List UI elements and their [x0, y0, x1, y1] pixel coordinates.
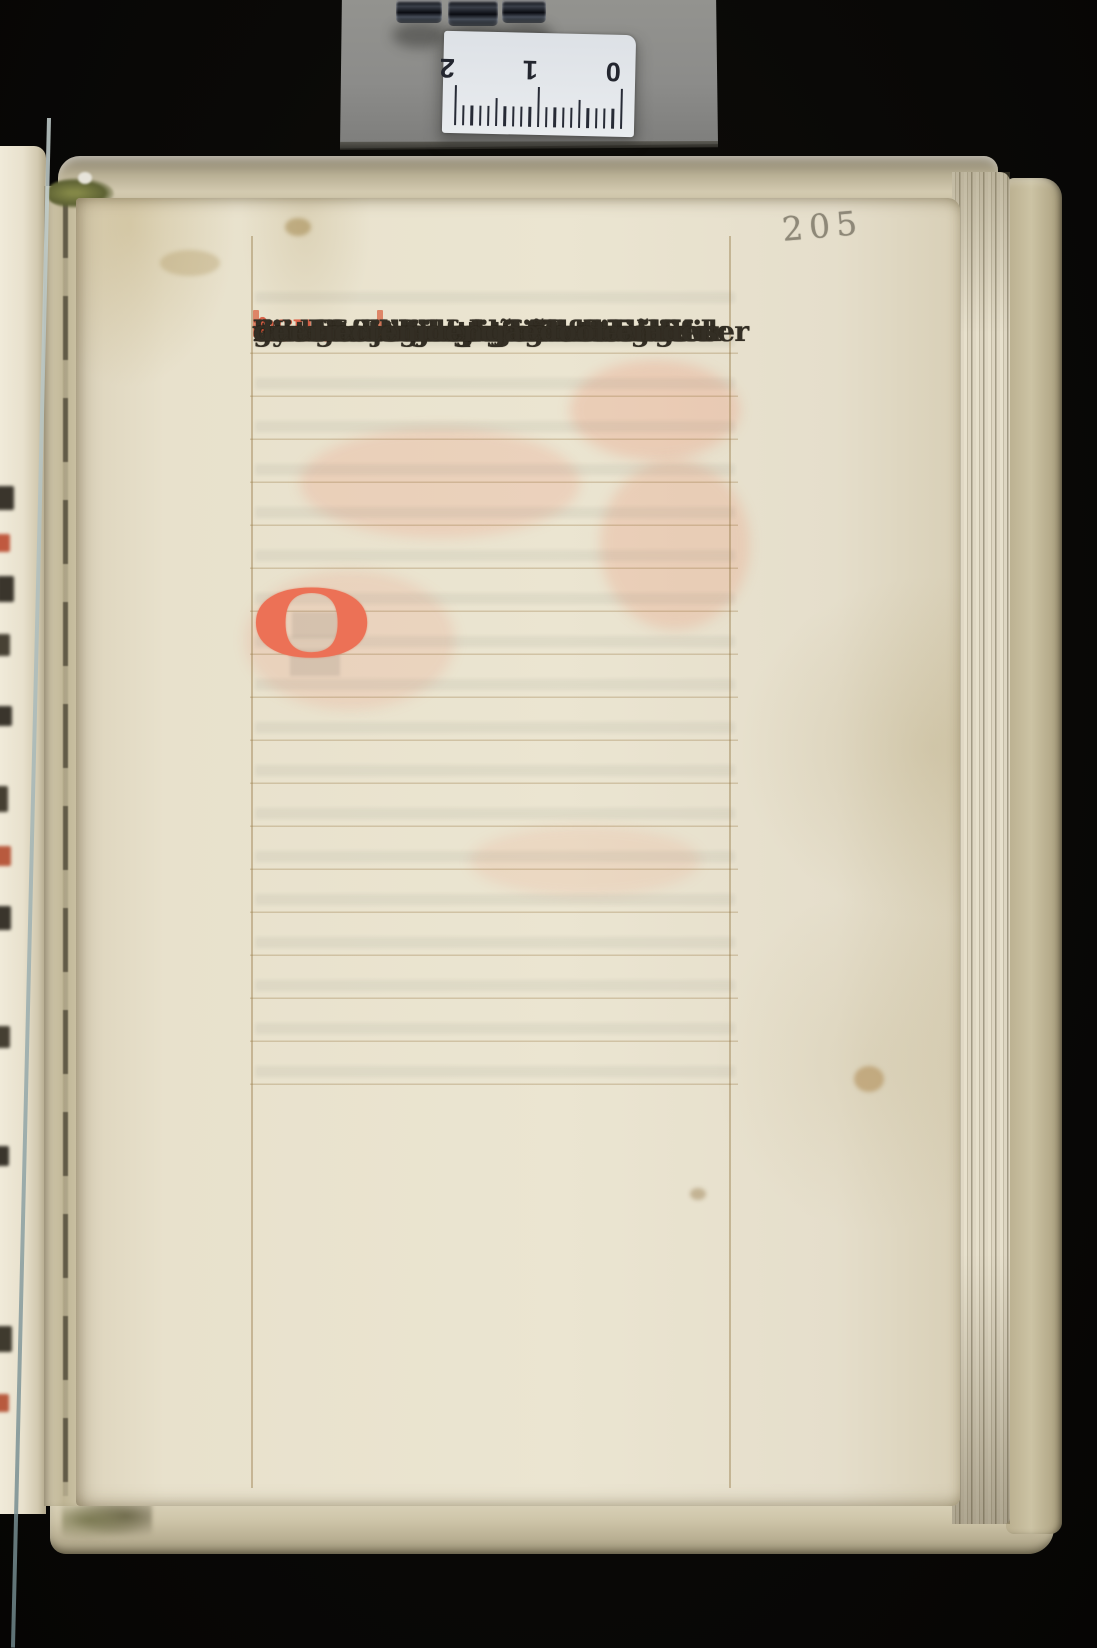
ruler-number: 2 — [434, 52, 461, 84]
ribbon-speck — [78, 172, 92, 184]
text-fragment — [0, 1326, 12, 1352]
stain — [690, 1188, 706, 1200]
ruler-number: 0 — [600, 55, 627, 87]
ruler-tick — [462, 105, 465, 125]
text-fragment — [0, 534, 10, 552]
ruler-tick — [611, 109, 614, 129]
gutter-fold-line — [63, 194, 68, 1496]
text-segment: der ſiecten der gaedoot eñ der — [253, 310, 712, 353]
ruler-tick — [487, 106, 490, 126]
stain — [285, 218, 311, 236]
text-fragment — [0, 1026, 10, 1048]
text-fragment — [0, 786, 8, 812]
ruler-tick — [620, 89, 623, 129]
ruler-tick — [503, 106, 506, 126]
ruler-tick — [595, 108, 598, 128]
ruler-sticker: 012 — [442, 31, 636, 137]
text-fragment — [0, 706, 12, 726]
bottom-cover-fray — [62, 1500, 152, 1540]
ruler-tick — [553, 107, 556, 127]
binder-clip-icon — [502, 0, 546, 23]
ruling-lines — [250, 311, 738, 1087]
binder-clip-icon — [396, 0, 442, 23]
ruler-tick — [586, 108, 589, 128]
text-fragment — [0, 576, 14, 602]
stain — [854, 1066, 884, 1092]
text-fragment — [0, 486, 14, 510]
ruler-tick — [537, 87, 540, 127]
ruler-numbers: 012 — [455, 47, 624, 87]
ruler-number: 1 — [517, 54, 544, 86]
text-fragment — [0, 846, 11, 866]
illuminated-initial: O — [250, 578, 373, 671]
ruler-tick — [479, 106, 482, 126]
text-fragment — [0, 1146, 9, 1166]
ruler-tick — [454, 85, 457, 125]
vertical-rule-left — [251, 236, 253, 1488]
ruler-tick — [495, 98, 498, 126]
manuscript-photo-scene: 012 205 O der ſiecten — [0, 0, 1097, 1648]
binder-clip-icon — [448, 0, 498, 26]
facing-page-sliver — [0, 146, 46, 1514]
ruler-tick — [578, 100, 581, 128]
right-cover — [1006, 178, 1062, 1534]
ruler-tick — [520, 107, 523, 127]
text-fragment — [0, 634, 10, 656]
folio-number: 205 — [780, 202, 873, 249]
ruler-tick — [603, 108, 606, 128]
ruler-tick — [528, 107, 531, 127]
ruler-tick — [570, 108, 573, 128]
ruler-tick — [562, 108, 565, 128]
stain — [160, 250, 220, 276]
ruler-tick — [512, 106, 515, 126]
ruler-tick — [545, 107, 548, 127]
ruler-ticks — [454, 83, 623, 129]
text-fragment — [0, 906, 11, 930]
ruler-tick — [470, 105, 473, 125]
text-fragment — [0, 1394, 9, 1412]
vertical-rule-right — [729, 236, 731, 1488]
page-edge-tint — [952, 172, 1010, 1524]
